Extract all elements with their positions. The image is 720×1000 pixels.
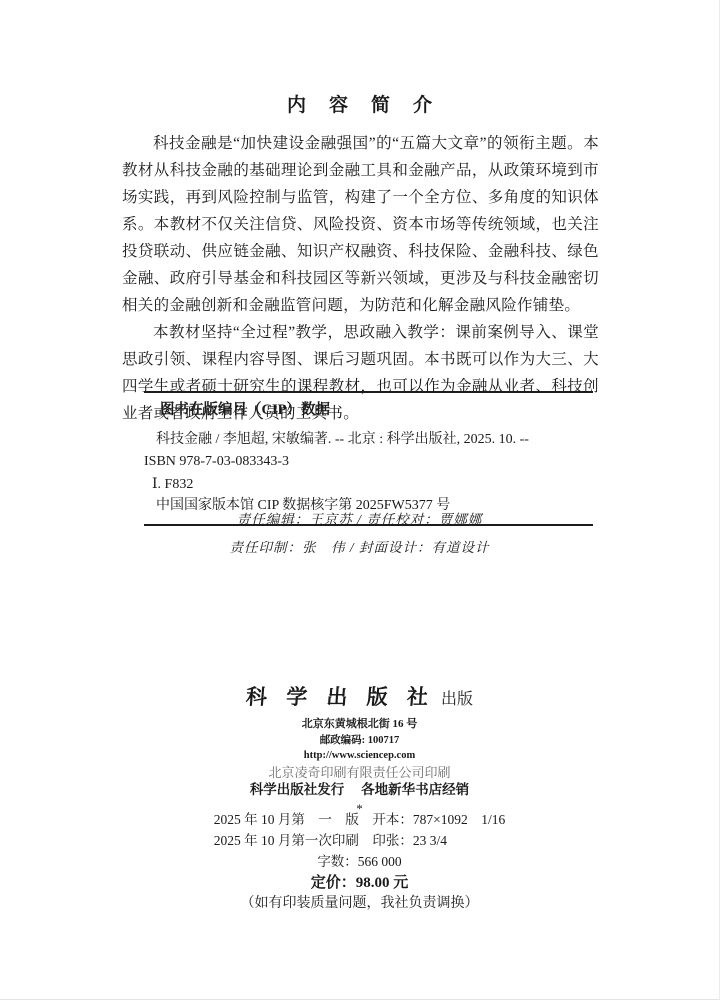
publisher-website: http://www.sciencep.com xyxy=(0,748,719,763)
price-line: 定价：98.00 元 xyxy=(0,873,719,893)
publisher-logo-suffix: 出版 xyxy=(441,691,473,708)
content-intro-section: 内 容 简 介 科技金融是“加快建设金融强国”的“五篇大文章”的领衔主题。本教材… xyxy=(122,90,599,427)
publisher-logo-line: 科 学 出 版 社 出版 xyxy=(0,684,719,713)
wordcount-line: 字数：566 000 xyxy=(0,852,719,871)
editorial-credits: 责任编辑：王京苏 / 责任校对：贾娜娜 责任印制：张 伟 / 封面设计：有道设计 xyxy=(0,506,719,562)
printer-line: 北京凌奇印刷有限责任公司印刷 xyxy=(0,764,719,781)
colophon-edition-block: 2025 年 10 月第 一 版 开本：787×1092 1/16 2025 年… xyxy=(214,809,506,851)
distribution-line: 科学出版社发行 各地新华书店经销 xyxy=(0,781,719,799)
cip-classification-line: Ⅰ. F832 xyxy=(144,475,593,494)
cip-record-line: 科技金融 / 李旭超, 宋敏编著. -- 北京 : 科学出版社, 2025. 1… xyxy=(144,430,593,449)
cip-top-rule xyxy=(144,391,593,393)
quality-note-line: （如有印装质量问题，我社负责调换） xyxy=(0,893,719,914)
intro-title: 内 容 简 介 xyxy=(122,90,599,117)
publisher-logo-text: 科 学 出 版 社 xyxy=(245,684,436,710)
cip-isbn-line: ISBN 978-7-03-083343-3 xyxy=(144,452,593,471)
printing-line: 2025 年 10 月第一次印刷 印张：23 3/4 xyxy=(214,830,506,851)
publisher-block: 科 学 出 版 社 出版 北京东黄城根北街 16 号 邮政编码: 100717 … xyxy=(0,684,719,817)
edition-line: 2025 年 10 月第 一 版 开本：787×1092 1/16 xyxy=(214,809,506,830)
credits-line-editors: 责任编辑：王京苏 / 责任校对：贾娜娜 xyxy=(0,506,719,534)
publisher-address: 北京东黄城根北街 16 号 xyxy=(0,716,719,733)
book-copyright-page: 内 容 简 介 科技金融是“加快建设金融强国”的“五篇大文章”的领衔主题。本教材… xyxy=(0,0,720,1000)
cip-heading: 图书在版编目（CIP）数据 xyxy=(144,401,593,420)
publisher-postcode: 邮政编码: 100717 xyxy=(0,733,719,748)
intro-paragraph-1: 科技金融是“加快建设金融强国”的“五篇大文章”的领衔主题。本教材从科技金融的基础… xyxy=(122,130,599,319)
colophon-section: 2025 年 10 月第 一 版 开本：787×1092 1/16 2025 年… xyxy=(0,809,719,914)
credits-line-print-design: 责任印制：张 伟 / 封面设计：有道设计 xyxy=(0,534,719,562)
